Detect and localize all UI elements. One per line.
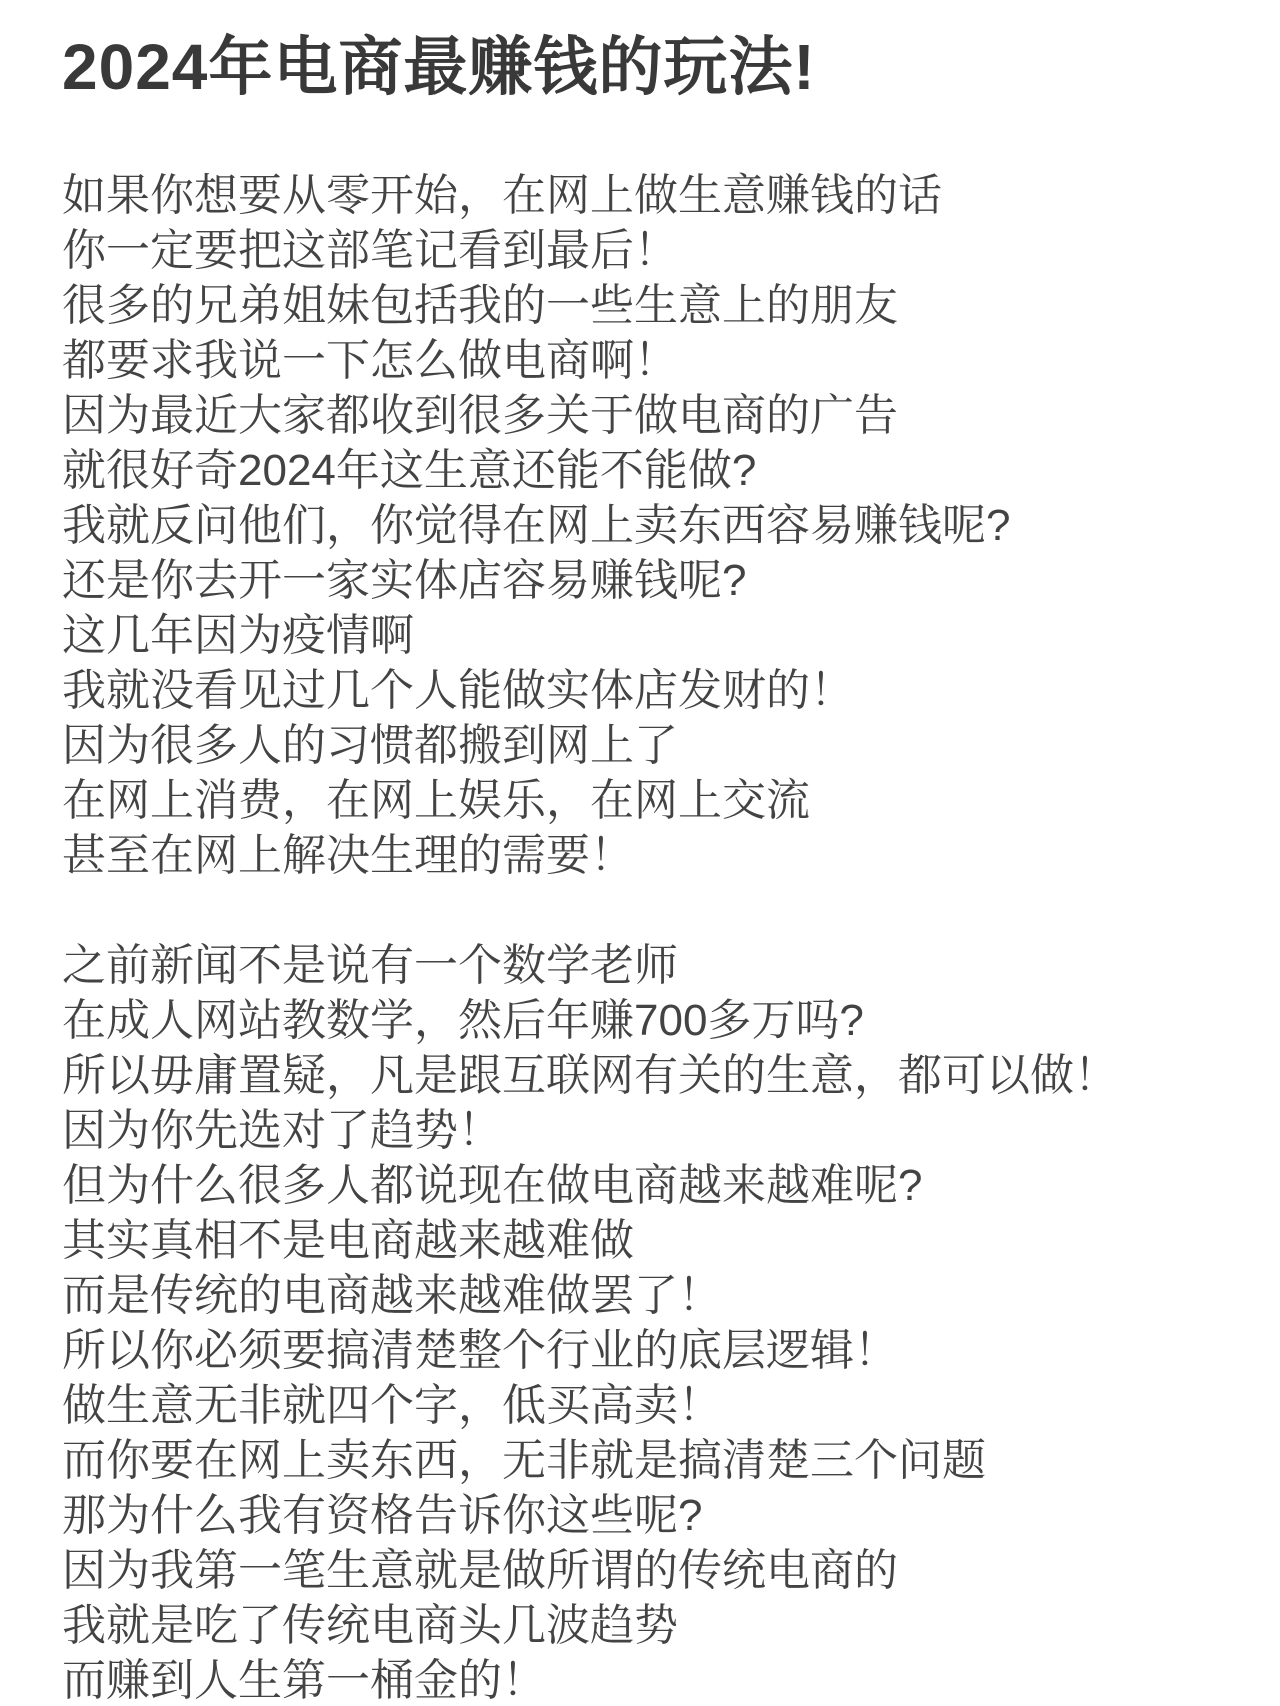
text-line: 还是你去开一家实体店容易赚钱呢? <box>62 553 1240 608</box>
text-line: 就很好奇2024年这生意还能不能做? <box>62 443 1240 498</box>
text-line: 在网上消费，在网上娱乐，在网上交流 <box>62 773 1240 828</box>
text-line: 我就是吃了传统电商头几波趋势 <box>62 1598 1240 1653</box>
text-line: 而你要在网上卖东西，无非就是搞清楚三个问题 <box>62 1433 1240 1488</box>
text-line: 很多的兄弟姐妹包括我的一些生意上的朋友 <box>62 278 1240 333</box>
paragraph: 如果你想要从零开始，在网上做生意赚钱的话你一定要把这部笔记看到最后！很多的兄弟姐… <box>62 168 1240 883</box>
document-page: 2024年电商最赚钱的玩法! 如果你想要从零开始，在网上做生意赚钱的话你一定要把… <box>0 0 1280 1706</box>
text-line: 都要求我说一下怎么做电商啊！ <box>62 333 1240 388</box>
text-line: 因为你先选对了趋势！ <box>62 1103 1240 1158</box>
text-line: 因为最近大家都收到很多关于做电商的广告 <box>62 388 1240 443</box>
text-line: 在成人网站教数学，然后年赚700多万吗? <box>62 993 1240 1048</box>
article-content: 如果你想要从零开始，在网上做生意赚钱的话你一定要把这部笔记看到最后！很多的兄弟姐… <box>0 168 1280 1706</box>
text-line: 你一定要把这部笔记看到最后！ <box>62 223 1240 278</box>
page-title: 2024年电商最赚钱的玩法! <box>0 0 1280 104</box>
text-line: 我就反问他们，你觉得在网上卖东西容易赚钱呢? <box>62 498 1240 553</box>
text-line: 如果你想要从零开始，在网上做生意赚钱的话 <box>62 168 1240 223</box>
text-line: 因为我第一笔生意就是做所谓的传统电商的 <box>62 1543 1240 1598</box>
paragraph: 之前新闻不是说有一个数学老师在成人网站教数学，然后年赚700多万吗?所以毋庸置疑… <box>62 938 1240 1706</box>
text-line: 甚至在网上解决生理的需要！ <box>62 828 1240 883</box>
text-line: 那为什么我有资格告诉你这些呢? <box>62 1488 1240 1543</box>
text-line: 其实真相不是电商越来越难做 <box>62 1213 1240 1268</box>
text-line: 之前新闻不是说有一个数学老师 <box>62 938 1240 993</box>
text-line: 我就没看见过几个人能做实体店发财的！ <box>62 663 1240 718</box>
text-line: 因为很多人的习惯都搬到网上了 <box>62 718 1240 773</box>
text-line: 做生意无非就四个字，低买高卖！ <box>62 1378 1240 1433</box>
text-line: 而是传统的电商越来越难做罢了！ <box>62 1268 1240 1323</box>
text-line: 而赚到人生第一桶金的！ <box>62 1653 1240 1706</box>
text-line: 这几年因为疫情啊 <box>62 608 1240 663</box>
text-line: 但为什么很多人都说现在做电商越来越难呢? <box>62 1158 1240 1213</box>
text-line: 所以毋庸置疑，凡是跟互联网有关的生意，都可以做！ <box>62 1048 1240 1103</box>
text-line: 所以你必须要搞清楚整个行业的底层逻辑！ <box>62 1323 1240 1378</box>
